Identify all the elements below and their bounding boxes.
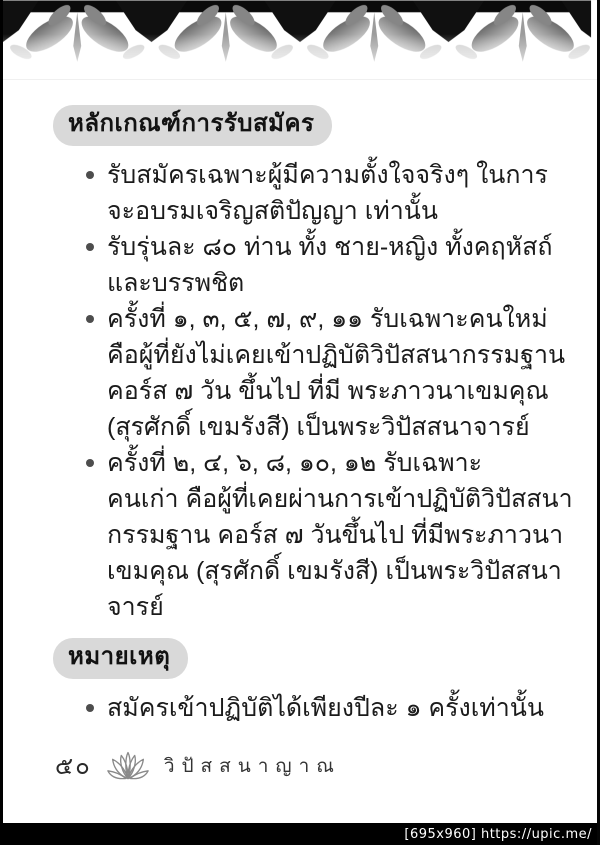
page-footer: ๕๐ วิปัสสนาญาณ bbox=[55, 746, 341, 785]
bullet-dot-icon bbox=[86, 704, 94, 712]
bullet-dot-icon bbox=[86, 243, 94, 251]
list-item: ครั้งที่ ๑, ๓, ๕, ๗, ๙, ๑๑ รับเฉพาะคนใหม… bbox=[86, 301, 563, 445]
book-title: วิปัสสนาญาณ bbox=[164, 751, 341, 781]
decorative-floral-band bbox=[3, 0, 597, 80]
bullet-line: สมัครเข้าปฏิบัติได้เพียงปีละ ๑ ครั้งเท่า… bbox=[107, 690, 563, 726]
section-criteria: หลักเกณฑ์การรับสมัคร รับสมัครเฉพาะผู้มีค… bbox=[53, 105, 563, 625]
bullet-line: (สุรศักดิ์ เขมรังสี) เป็นพระวิปัสสนาจารย… bbox=[107, 409, 563, 445]
list-item: ครั้งที่ ๒, ๔, ๖, ๘, ๑๐, ๑๒ รับเฉพาะ คนเ… bbox=[86, 445, 563, 625]
note-bullet-list: สมัครเข้าปฏิบัติได้เพียงปีละ ๑ ครั้งเท่า… bbox=[86, 690, 563, 726]
bullet-dot-icon bbox=[86, 171, 94, 179]
section-heading-note: หมายเหตุ bbox=[53, 638, 188, 679]
book-page: หลักเกณฑ์การรับสมัคร รับสมัครเฉพาะผู้มีค… bbox=[0, 0, 600, 845]
section-heading-criteria: หลักเกณฑ์การรับสมัคร bbox=[53, 105, 332, 146]
list-item: รับรุ่นละ ๘๐ ท่าน ทั้ง ชาย-หญิง ทั้งคฤหั… bbox=[86, 229, 563, 301]
bullet-line: จารย์ bbox=[107, 589, 563, 625]
bullet-line: จะอบรมเจริญสติปัญญา เท่านั้น bbox=[107, 193, 563, 229]
bullet-line: และบรรพชิต bbox=[107, 265, 563, 301]
bullet-line: คนเก่า คือผู้ที่เคยผ่านการเข้าปฏิบัติวิป… bbox=[107, 481, 563, 517]
bullet-line: รับสมัครเฉพาะผู้มีความตั้งใจจริงๆ ในการ bbox=[107, 157, 563, 193]
lotus-icon bbox=[105, 748, 151, 784]
bullet-line: ครั้งที่ ๑, ๓, ๕, ๗, ๙, ๑๑ รับเฉพาะคนใหม… bbox=[107, 301, 563, 337]
watermark-bar: [695x960] https://upic.me/ bbox=[3, 823, 597, 845]
bullet-line: คอร์ส ๗ วัน ขึ้นไป ที่มี พระภาวนาเขมคุณ bbox=[107, 373, 563, 409]
bullet-line: รับรุ่นละ ๘๐ ท่าน ทั้ง ชาย-หญิง ทั้งคฤหั… bbox=[107, 229, 563, 265]
bullet-line: กรรมฐาน คอร์ส ๗ วันขึ้นไป ที่มีพระภาวนา bbox=[107, 517, 563, 553]
page-number: ๕๐ bbox=[55, 746, 92, 785]
section-note: หมายเหตุ สมัครเข้าปฏิบัติได้เพียงปีละ ๑ … bbox=[53, 638, 563, 726]
bullet-line: ครั้งที่ ๒, ๔, ๖, ๘, ๑๐, ๑๒ รับเฉพาะ bbox=[107, 445, 563, 481]
bullet-line: คือผู้ที่ยังไม่เคยเข้าปฏิบัติวิปัสสนากรร… bbox=[107, 337, 563, 373]
page-content: หลักเกณฑ์การรับสมัคร รับสมัครเฉพาะผู้มีค… bbox=[3, 80, 597, 726]
bullet-dot-icon bbox=[86, 315, 94, 323]
bullet-line: เขมคุณ (สุรศักดิ์ เขมรังสี) เป็นพระวิปัส… bbox=[107, 553, 563, 589]
criteria-bullet-list: รับสมัครเฉพาะผู้มีความตั้งใจจริงๆ ในการ … bbox=[86, 157, 563, 625]
watermark-text: [695x960] https://upic.me/ bbox=[404, 827, 592, 842]
list-item: รับสมัครเฉพาะผู้มีความตั้งใจจริงๆ ในการ … bbox=[86, 157, 563, 229]
bullet-dot-icon bbox=[86, 459, 94, 467]
list-item: สมัครเข้าปฏิบัติได้เพียงปีละ ๑ ครั้งเท่า… bbox=[86, 690, 563, 726]
